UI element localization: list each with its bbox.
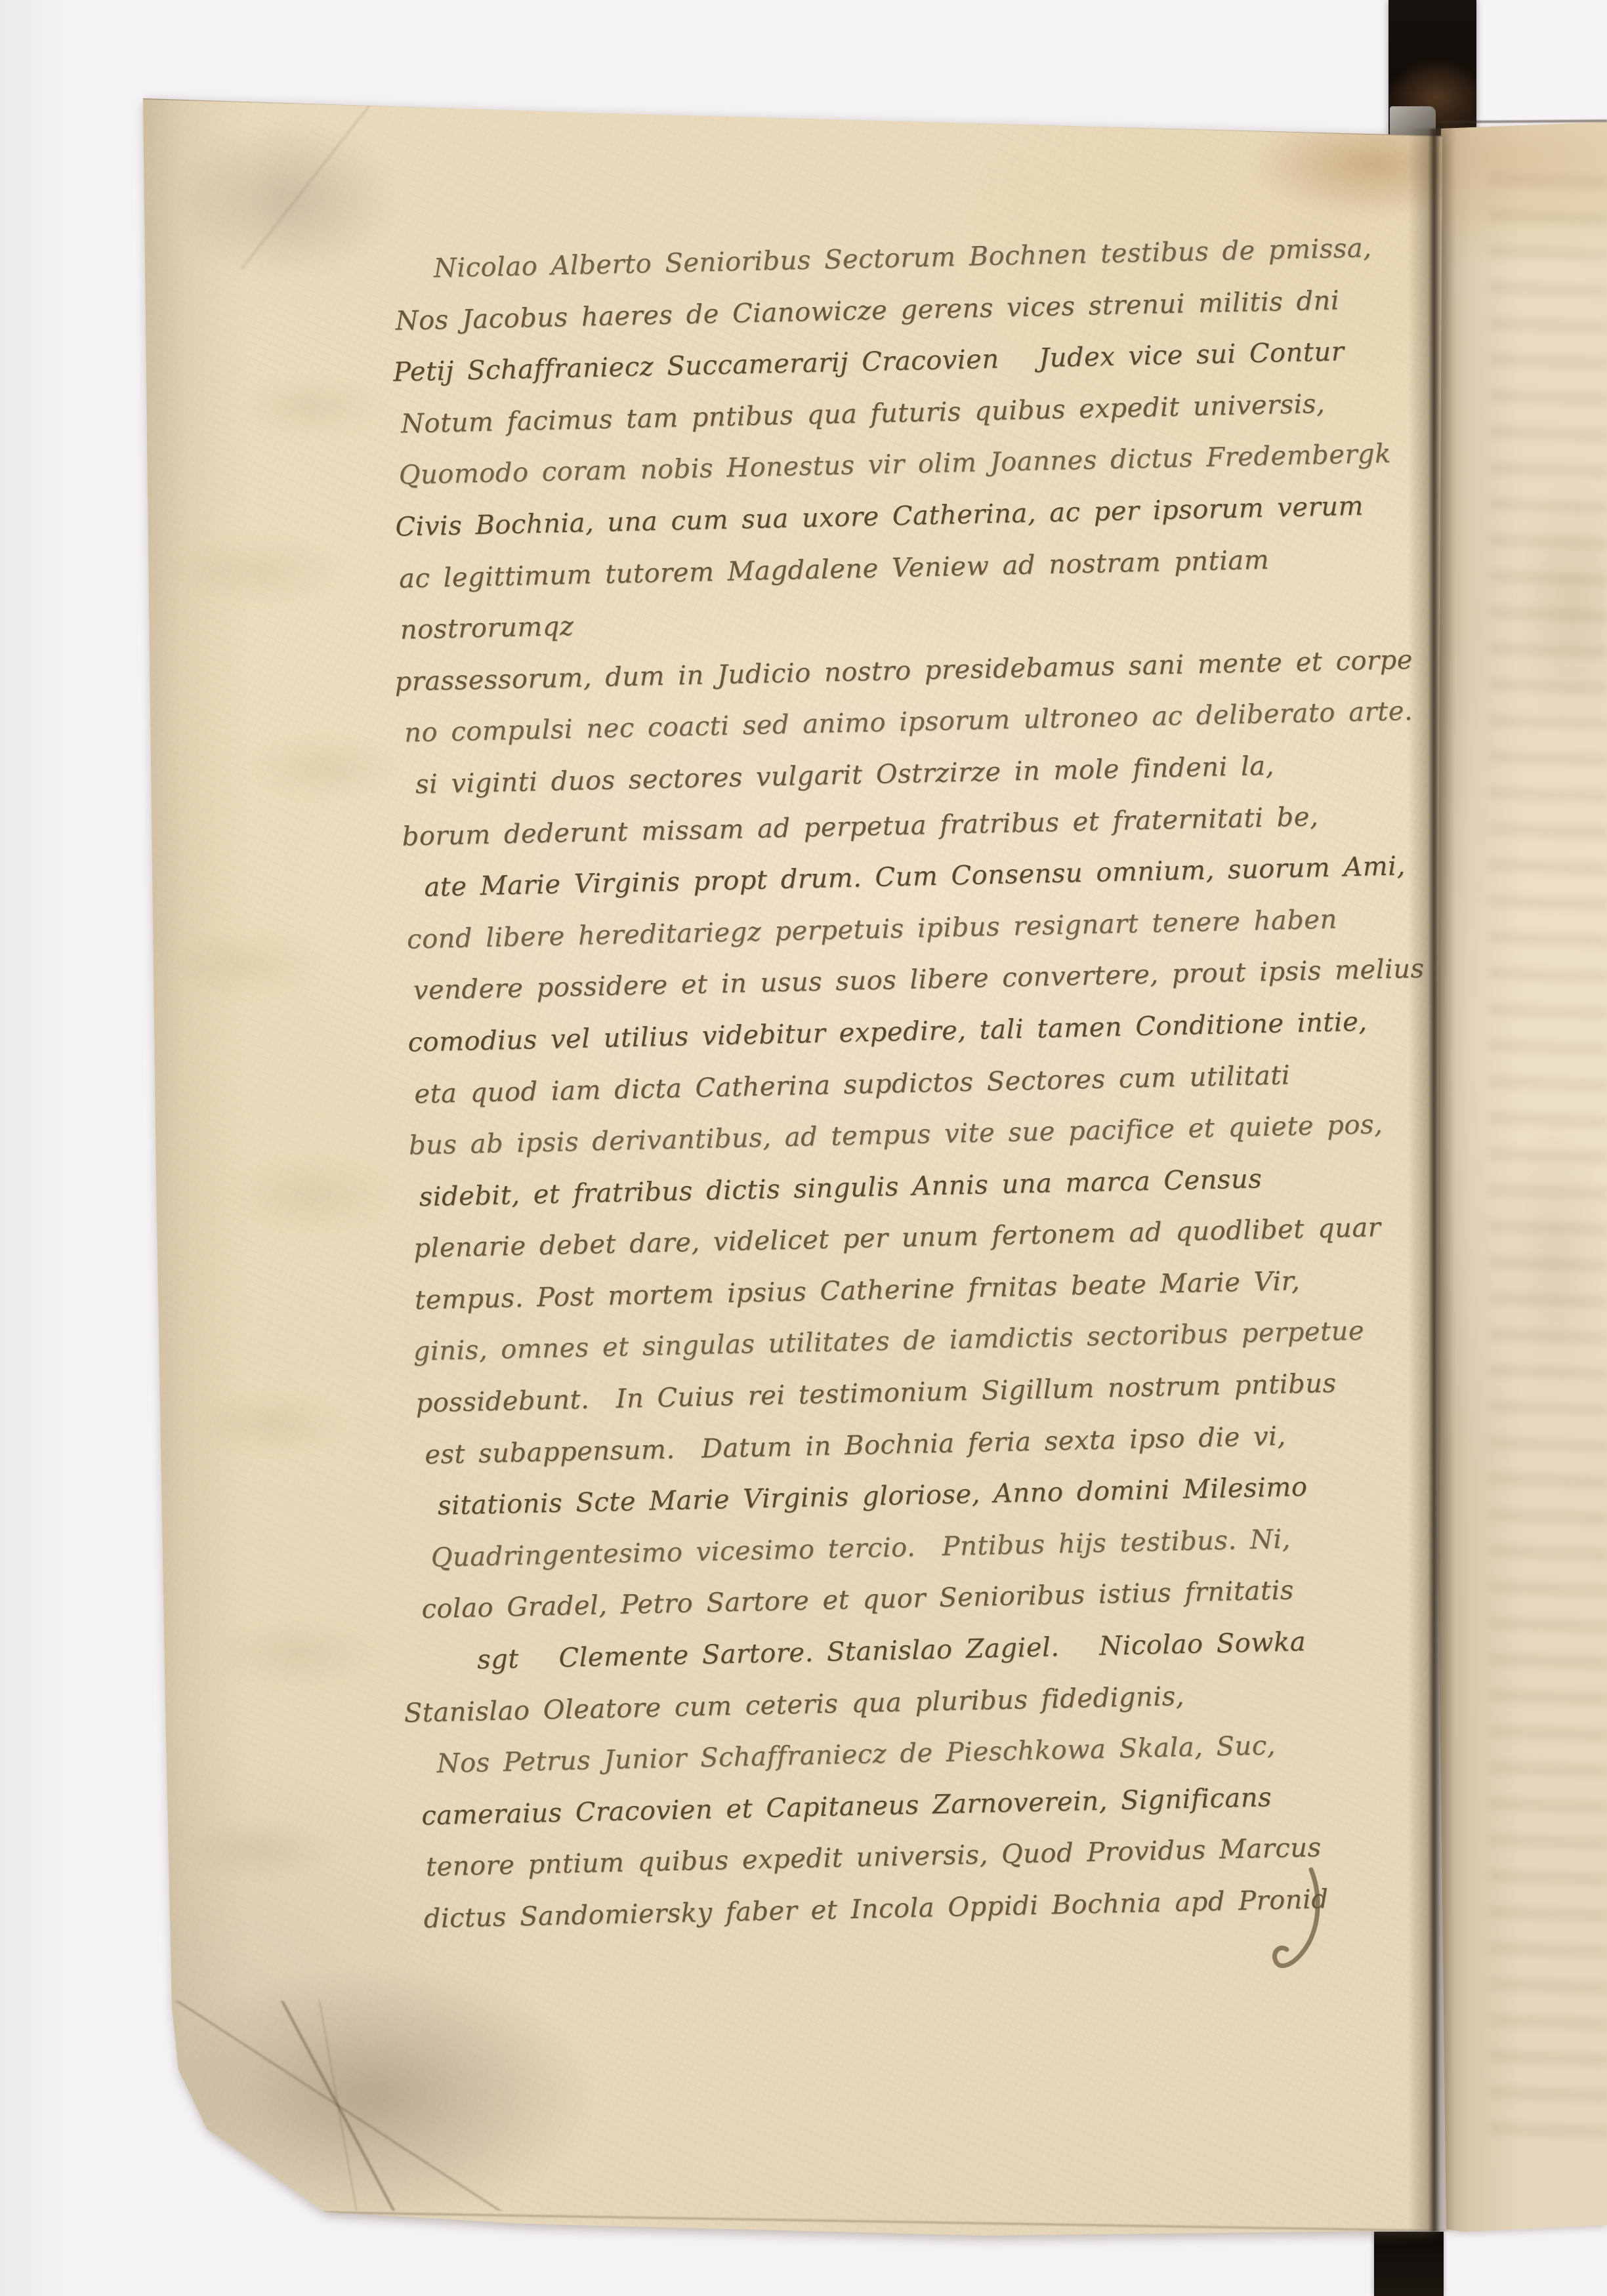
binding-strap-top [1388, 0, 1476, 139]
binding-strap-bottom [1374, 2232, 1444, 2296]
ink-flourish [1266, 1867, 1339, 1978]
adjacent-page-top-edge [1441, 119, 1607, 123]
manuscript-text: Nicolao Alberto Senioribus Sectorum Boch… [384, 221, 1480, 1945]
scanner-background: { "colors": { "background": "#f6f3f6", "… [0, 0, 1607, 2296]
crease-lines-bottom-left [161, 2001, 515, 2211]
manuscript-page: Nicolao Alberto Senioribus Sectorum Boch… [0, 0, 1607, 2296]
book-gutter [1408, 129, 1455, 2232]
bleedthrough-text-right [1490, 171, 1607, 2158]
bleedthrough-text-left-margin [154, 308, 417, 1948]
